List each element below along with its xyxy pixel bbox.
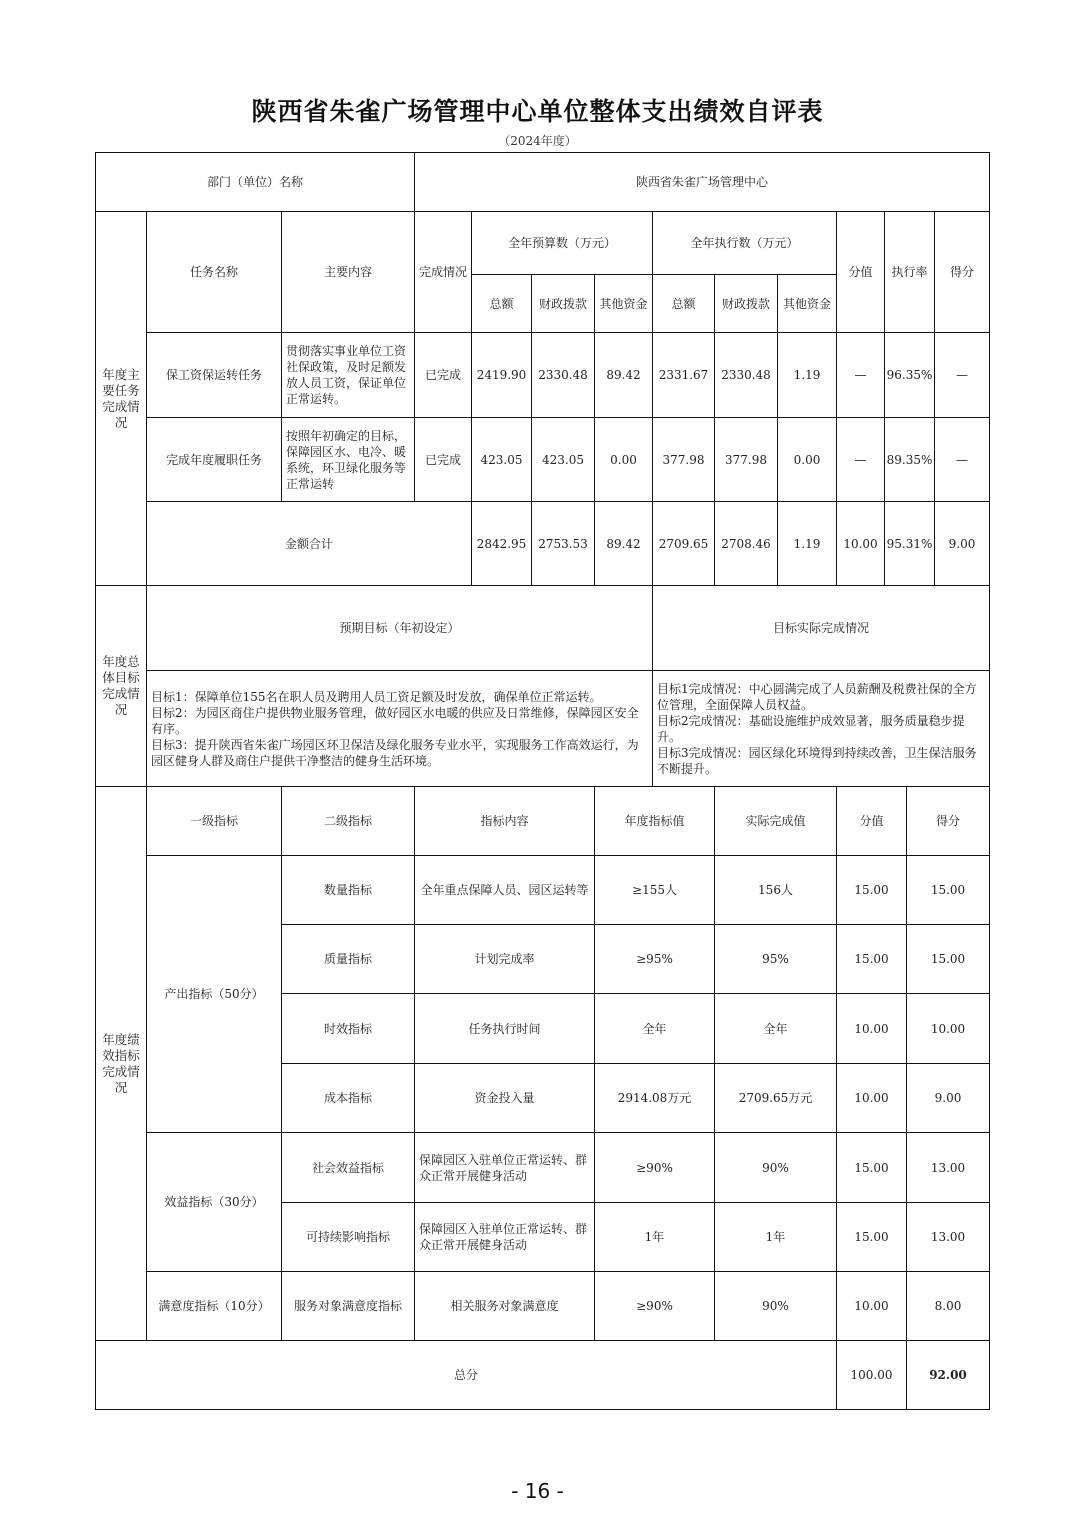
indicator-score-value: 10.00 bbox=[836, 1063, 907, 1133]
indicator-target-text: ≥155人 bbox=[632, 882, 677, 898]
indicator-score-value: 10.00 bbox=[836, 993, 907, 1064]
indicator-level2: 服务对象满意度指标 bbox=[281, 1271, 415, 1341]
header-exec-group-text: 全年执行数（万元） bbox=[690, 235, 798, 251]
task-exec-fiscal-text: 2330.48 bbox=[721, 367, 771, 383]
task-budget-total-text: 423.05 bbox=[481, 452, 523, 468]
header-score-value: 分值 bbox=[836, 211, 885, 333]
group-benefit-text: 效益指标（30分） bbox=[164, 1194, 263, 1210]
indicator-content: 任务执行时间 bbox=[414, 993, 595, 1064]
task-exec-total-text: 377.98 bbox=[663, 452, 705, 468]
section3-side-label-text: 年度绩效指标完成情况 bbox=[102, 1032, 140, 1096]
header-target-value-text: 年度指标值 bbox=[624, 813, 684, 829]
sum-score-value-text: 10.00 bbox=[843, 536, 877, 552]
indicator-actual-text: 95% bbox=[762, 951, 789, 967]
indicator-content: 保障园区入驻单位正常运转、群众正常开展健身活动 bbox=[414, 1202, 595, 1272]
dept-label: 部门（单位）名称 bbox=[95, 152, 415, 212]
task-score-value-text: — bbox=[855, 452, 867, 468]
task-budget-other-text: 0.00 bbox=[610, 452, 637, 468]
header-exec-other: 其他资金 bbox=[777, 274, 837, 333]
header-actual-value-text: 实际完成值 bbox=[745, 813, 805, 829]
indicator-level2: 可持续影响指标 bbox=[281, 1202, 415, 1272]
indicator-target-text: ≥90% bbox=[636, 1298, 673, 1314]
indicator-level2-text: 社会效益指标 bbox=[312, 1160, 384, 1176]
indicator-content: 相关服务对象满意度 bbox=[414, 1271, 595, 1341]
header-score: 得分 bbox=[934, 211, 990, 333]
header-exec-total-text: 总额 bbox=[671, 296, 695, 312]
sum-budget-fiscal-text: 2753.53 bbox=[538, 536, 588, 552]
sum-exec-total: 2709.65 bbox=[652, 501, 715, 586]
expected-goals-text: 目标1：保障单位155名在职人员及聘用人员工资足额及时发放，确保单位正常运转。 … bbox=[146, 670, 653, 787]
indicator-level2-text: 可持续影响指标 bbox=[306, 1229, 390, 1245]
header-main-content: 主要内容 bbox=[281, 211, 415, 333]
indicator-target: ≥90% bbox=[594, 1132, 715, 1203]
indicator-target: ≥90% bbox=[594, 1271, 715, 1341]
header-task-name-text: 任务名称 bbox=[190, 264, 238, 280]
task-score-text: — bbox=[956, 367, 968, 383]
task-exec-total: 2331.67 bbox=[652, 332, 715, 418]
actual-goals-text-text: 目标1完成情况：中心圆满完成了人员薪酬及税费社保的全方位管理，全面保障人员权益。… bbox=[657, 681, 985, 777]
header-status: 完成情况 bbox=[414, 211, 472, 333]
indicator-actual-text: 156人 bbox=[758, 882, 793, 898]
header-level1-text: 一级指标 bbox=[190, 813, 238, 829]
expected-goals-text-text: 目标1：保障单位155名在职人员及聘用人员工资足额及时发放，确保单位正常运转。 … bbox=[151, 689, 648, 769]
indicator-score-text: 8.00 bbox=[935, 1298, 962, 1314]
header-exec-group: 全年执行数（万元） bbox=[652, 211, 837, 275]
indicator-actual: 2709.65万元 bbox=[714, 1063, 837, 1133]
indicator-target: ≥95% bbox=[594, 924, 715, 994]
task-budget-other: 0.00 bbox=[594, 417, 653, 502]
indicator-score-value-text: 15.00 bbox=[854, 882, 888, 898]
indicator-score-value-text: 10.00 bbox=[854, 1298, 888, 1314]
indicator-content: 全年重点保障人员、园区运转等 bbox=[414, 855, 595, 925]
indicator-content-text: 计划完成率 bbox=[474, 951, 534, 967]
header-level1: 一级指标 bbox=[146, 786, 282, 856]
header-exec-total: 总额 bbox=[652, 274, 715, 333]
indicator-target: ≥155人 bbox=[594, 855, 715, 925]
indicator-score: 15.00 bbox=[906, 924, 990, 994]
header-budget-fiscal: 财政拨款 bbox=[531, 274, 595, 333]
sum-exec-total-text: 2709.65 bbox=[659, 536, 709, 552]
task-budget-total: 423.05 bbox=[471, 417, 532, 502]
header-exec-fiscal: 财政拨款 bbox=[714, 274, 778, 333]
total-score-text: 92.00 bbox=[929, 1367, 967, 1383]
indicator-score-text: 15.00 bbox=[931, 951, 965, 967]
header-score-text: 得分 bbox=[950, 264, 974, 280]
sum-score: 9.00 bbox=[934, 501, 990, 586]
indicator-score-value: 15.00 bbox=[836, 924, 907, 994]
actual-goals-header: 目标实际完成情况 bbox=[652, 585, 990, 671]
task-status: 已完成 bbox=[414, 332, 472, 418]
task-exec-rate-text: 89.35% bbox=[887, 452, 933, 468]
header-exec-fiscal-text: 财政拨款 bbox=[722, 296, 770, 312]
sum-label: 金额合计 bbox=[146, 501, 472, 586]
header-indicator-score-value-text: 分值 bbox=[859, 813, 883, 829]
indicator-score: 8.00 bbox=[906, 1271, 990, 1341]
indicator-actual-text: 全年 bbox=[763, 1021, 787, 1037]
sum-exec-rate: 95.31% bbox=[884, 501, 935, 586]
task-budget-other: 89.42 bbox=[594, 332, 653, 418]
indicator-score-value: 10.00 bbox=[836, 1271, 907, 1341]
sum-score-text: 9.00 bbox=[949, 536, 976, 552]
task-budget-other-text: 89.42 bbox=[606, 367, 640, 383]
header-budget-total-text: 总额 bbox=[489, 296, 513, 312]
indicator-level2: 社会效益指标 bbox=[281, 1132, 415, 1203]
task-name: 保工资保运转任务 bbox=[146, 332, 282, 418]
sum-budget-total-text: 2842.95 bbox=[477, 536, 527, 552]
task-exec-fiscal-text: 377.98 bbox=[725, 452, 767, 468]
indicator-score-value: 15.00 bbox=[836, 1202, 907, 1272]
sum-budget-fiscal: 2753.53 bbox=[531, 501, 595, 586]
expected-goals-header-text: 预期目标（年初设定） bbox=[339, 620, 459, 636]
task-score-value: — bbox=[836, 417, 885, 502]
indicator-actual-text: 90% bbox=[762, 1160, 789, 1176]
page-number: - 16 - bbox=[0, 1479, 1075, 1503]
indicator-score-value: 15.00 bbox=[836, 1132, 907, 1203]
task-content-text: 贯彻落实事业单位工资社保政策，及时足额发放人员工资，保证单位正常运转。 bbox=[286, 343, 410, 407]
sum-exec-fiscal-text: 2708.46 bbox=[721, 536, 771, 552]
task-exec-total: 377.98 bbox=[652, 417, 715, 502]
section2-side-label-text: 年度总体目标完成情况 bbox=[102, 654, 140, 718]
task-exec-rate: 89.35% bbox=[884, 417, 935, 502]
group-benefit: 效益指标（30分） bbox=[146, 1132, 282, 1272]
total-score: 92.00 bbox=[906, 1340, 990, 1410]
header-indicator-score-text: 得分 bbox=[936, 813, 960, 829]
header-budget-other-text: 其他资金 bbox=[599, 296, 647, 312]
actual-goals-text: 目标1完成情况：中心圆满完成了人员薪酬及税费社保的全方位管理，全面保障人员权益。… bbox=[652, 670, 990, 787]
task-budget-fiscal: 2330.48 bbox=[531, 332, 595, 418]
group-output-text: 产出指标（50分） bbox=[164, 986, 263, 1002]
indicator-score-value-text: 15.00 bbox=[854, 1229, 888, 1245]
header-indicator-score-value: 分值 bbox=[836, 786, 907, 856]
task-content: 贯彻落实事业单位工资社保政策，及时足额发放人员工资，保证单位正常运转。 bbox=[281, 332, 415, 418]
indicator-target-text: ≥95% bbox=[636, 951, 673, 967]
indicator-content: 计划完成率 bbox=[414, 924, 595, 994]
header-target-value: 年度指标值 bbox=[594, 786, 715, 856]
header-budget-other: 其他资金 bbox=[594, 274, 653, 333]
sum-budget-other-text: 89.42 bbox=[606, 536, 640, 552]
section2-side-label: 年度总体目标完成情况 bbox=[95, 585, 147, 787]
sum-score-value: 10.00 bbox=[836, 501, 885, 586]
sum-exec-rate-text: 95.31% bbox=[887, 536, 933, 552]
indicator-score-value-text: 10.00 bbox=[854, 1090, 888, 1106]
indicator-content-text: 资金投入量 bbox=[474, 1090, 534, 1106]
indicator-content-text: 保障园区入驻单位正常运转、群众正常开展健身活动 bbox=[419, 1221, 590, 1253]
indicator-level2-text: 时效指标 bbox=[324, 1021, 372, 1037]
sum-budget-other: 89.42 bbox=[594, 501, 653, 586]
indicator-target: 1年 bbox=[594, 1202, 715, 1272]
header-level2-text: 二级指标 bbox=[324, 813, 372, 829]
indicator-level2: 质量指标 bbox=[281, 924, 415, 994]
total-score-value-text: 100.00 bbox=[851, 1367, 893, 1383]
header-exec-other-text: 其他资金 bbox=[783, 296, 831, 312]
indicator-level2-text: 数量指标 bbox=[324, 882, 372, 898]
header-indicator-content: 指标内容 bbox=[414, 786, 595, 856]
indicator-level2: 时效指标 bbox=[281, 993, 415, 1064]
indicator-actual: 95% bbox=[714, 924, 837, 994]
task-exec-rate: 96.35% bbox=[884, 332, 935, 418]
header-exec-rate-text: 执行率 bbox=[891, 264, 927, 280]
indicator-level2: 数量指标 bbox=[281, 855, 415, 925]
section3-side-label: 年度绩效指标完成情况 bbox=[95, 786, 147, 1341]
task-status: 已完成 bbox=[414, 417, 472, 502]
indicator-target-text: ≥90% bbox=[636, 1160, 673, 1176]
indicator-target-text: 2914.08万元 bbox=[618, 1090, 692, 1106]
total-label-text: 总分 bbox=[454, 1367, 478, 1383]
task-budget-total-text: 2419.90 bbox=[477, 367, 527, 383]
indicator-score: 15.00 bbox=[906, 855, 990, 925]
indicator-score-text: 9.00 bbox=[935, 1090, 962, 1106]
header-level2: 二级指标 bbox=[281, 786, 415, 856]
total-score-value: 100.00 bbox=[836, 1340, 907, 1410]
task-exec-rate-text: 96.35% bbox=[887, 367, 933, 383]
indicator-target-text: 1年 bbox=[645, 1229, 665, 1245]
indicator-score-text: 10.00 bbox=[931, 1021, 965, 1037]
task-score: — bbox=[934, 417, 990, 502]
header-exec-rate: 执行率 bbox=[884, 211, 935, 333]
dept-label-text: 部门（单位）名称 bbox=[207, 174, 303, 190]
section1-side-label-text: 年度主要任务完成情况 bbox=[102, 367, 140, 431]
task-exec-other: 0.00 bbox=[777, 417, 837, 502]
dept-value: 陕西省朱雀广场管理中心 bbox=[414, 152, 990, 212]
indicator-content-text: 相关服务对象满意度 bbox=[450, 1298, 558, 1314]
indicator-score: 13.00 bbox=[906, 1202, 990, 1272]
header-score-value-text: 分值 bbox=[848, 264, 872, 280]
indicator-actual-text: 90% bbox=[762, 1298, 789, 1314]
task-name-text: 保工资保运转任务 bbox=[166, 367, 262, 383]
header-main-content-text: 主要内容 bbox=[324, 264, 372, 280]
indicator-level2-text: 服务对象满意度指标 bbox=[294, 1298, 402, 1314]
indicator-content-text: 任务执行时间 bbox=[468, 1021, 540, 1037]
indicator-content-text: 全年重点保障人员、园区运转等 bbox=[420, 882, 588, 898]
dept-value-text: 陕西省朱雀广场管理中心 bbox=[636, 174, 768, 190]
indicator-score-text: 13.00 bbox=[931, 1160, 965, 1176]
indicator-level2-text: 质量指标 bbox=[324, 951, 372, 967]
task-exec-fiscal: 2330.48 bbox=[714, 332, 778, 418]
indicator-score-value-text: 10.00 bbox=[854, 1021, 888, 1037]
total-label: 总分 bbox=[95, 1340, 837, 1410]
indicator-score-text: 13.00 bbox=[931, 1229, 965, 1245]
indicator-content: 保障园区入驻单位正常运转、群众正常开展健身活动 bbox=[414, 1132, 595, 1203]
expected-goals-header: 预期目标（年初设定） bbox=[146, 585, 653, 671]
header-budget-group-text: 全年预算数（万元） bbox=[508, 235, 616, 251]
page-subtitle: （2024年度） bbox=[0, 132, 1075, 149]
header-budget-fiscal-text: 财政拨款 bbox=[539, 296, 587, 312]
header-budget-group: 全年预算数（万元） bbox=[471, 211, 653, 275]
page-title: 陕西省朱雀广场管理中心单位整体支出绩效自评表 bbox=[0, 92, 1075, 128]
sum-budget-total: 2842.95 bbox=[471, 501, 532, 586]
task-exec-total-text: 2331.67 bbox=[659, 367, 709, 383]
indicator-score-value-text: 15.00 bbox=[854, 951, 888, 967]
indicator-actual: 90% bbox=[714, 1132, 837, 1203]
sum-exec-fiscal: 2708.46 bbox=[714, 501, 778, 586]
task-exec-other-text: 1.19 bbox=[794, 367, 821, 383]
header-actual-value: 实际完成值 bbox=[714, 786, 837, 856]
task-name-text: 完成年度履职任务 bbox=[166, 452, 262, 468]
sum-label-text: 金额合计 bbox=[285, 536, 333, 552]
indicator-score-text: 15.00 bbox=[931, 882, 965, 898]
indicator-actual: 全年 bbox=[714, 993, 837, 1064]
indicator-actual-text: 2709.65万元 bbox=[739, 1090, 813, 1106]
task-name: 完成年度履职任务 bbox=[146, 417, 282, 502]
task-budget-fiscal-text: 423.05 bbox=[542, 452, 584, 468]
indicator-level2: 成本指标 bbox=[281, 1063, 415, 1133]
task-budget-fiscal-text: 2330.48 bbox=[538, 367, 588, 383]
indicator-actual-text: 1年 bbox=[766, 1229, 786, 1245]
task-content-text: 按照年初确定的目标，保障园区水、电冷、暖系统，环卫绿化服务等正常运转 bbox=[286, 428, 410, 492]
header-indicator-content-text: 指标内容 bbox=[480, 813, 528, 829]
indicator-target-text: 全年 bbox=[642, 1021, 666, 1037]
section1-side-label: 年度主要任务完成情况 bbox=[95, 211, 147, 586]
task-status-text: 已完成 bbox=[425, 367, 461, 383]
task-exec-other: 1.19 bbox=[777, 332, 837, 418]
indicator-actual: 90% bbox=[714, 1271, 837, 1341]
group-satisfaction-text: 满意度指标（10分） bbox=[158, 1298, 269, 1314]
indicator-score: 9.00 bbox=[906, 1063, 990, 1133]
indicator-score-value-text: 15.00 bbox=[854, 1160, 888, 1176]
group-output: 产出指标（50分） bbox=[146, 855, 282, 1133]
sum-exec-other: 1.19 bbox=[777, 501, 837, 586]
task-status-text: 已完成 bbox=[425, 452, 461, 468]
sum-exec-other-text: 1.19 bbox=[794, 536, 821, 552]
task-score-value-text: — bbox=[855, 367, 867, 383]
task-exec-fiscal: 377.98 bbox=[714, 417, 778, 502]
indicator-target: 2914.08万元 bbox=[594, 1063, 715, 1133]
indicator-actual: 156人 bbox=[714, 855, 837, 925]
task-content: 按照年初确定的目标，保障园区水、电冷、暖系统，环卫绿化服务等正常运转 bbox=[281, 417, 415, 502]
indicator-target: 全年 bbox=[594, 993, 715, 1064]
header-budget-total: 总额 bbox=[471, 274, 532, 333]
group-satisfaction: 满意度指标（10分） bbox=[146, 1271, 282, 1341]
indicator-level2-text: 成本指标 bbox=[324, 1090, 372, 1106]
indicator-content: 资金投入量 bbox=[414, 1063, 595, 1133]
indicator-score-value: 15.00 bbox=[836, 855, 907, 925]
indicator-content-text: 保障园区入驻单位正常运转、群众正常开展健身活动 bbox=[419, 1152, 590, 1184]
actual-goals-header-text: 目标实际完成情况 bbox=[773, 620, 869, 636]
indicator-actual: 1年 bbox=[714, 1202, 837, 1272]
task-score: — bbox=[934, 332, 990, 418]
task-score-value: — bbox=[836, 332, 885, 418]
task-exec-other-text: 0.00 bbox=[794, 452, 821, 468]
indicator-score: 13.00 bbox=[906, 1132, 990, 1203]
header-task-name: 任务名称 bbox=[146, 211, 282, 333]
task-budget-fiscal: 423.05 bbox=[531, 417, 595, 502]
header-status-text: 完成情况 bbox=[419, 264, 467, 280]
task-budget-total: 2419.90 bbox=[471, 332, 532, 418]
indicator-score: 10.00 bbox=[906, 993, 990, 1064]
task-score-text: — bbox=[956, 452, 968, 468]
header-indicator-score: 得分 bbox=[906, 786, 990, 856]
